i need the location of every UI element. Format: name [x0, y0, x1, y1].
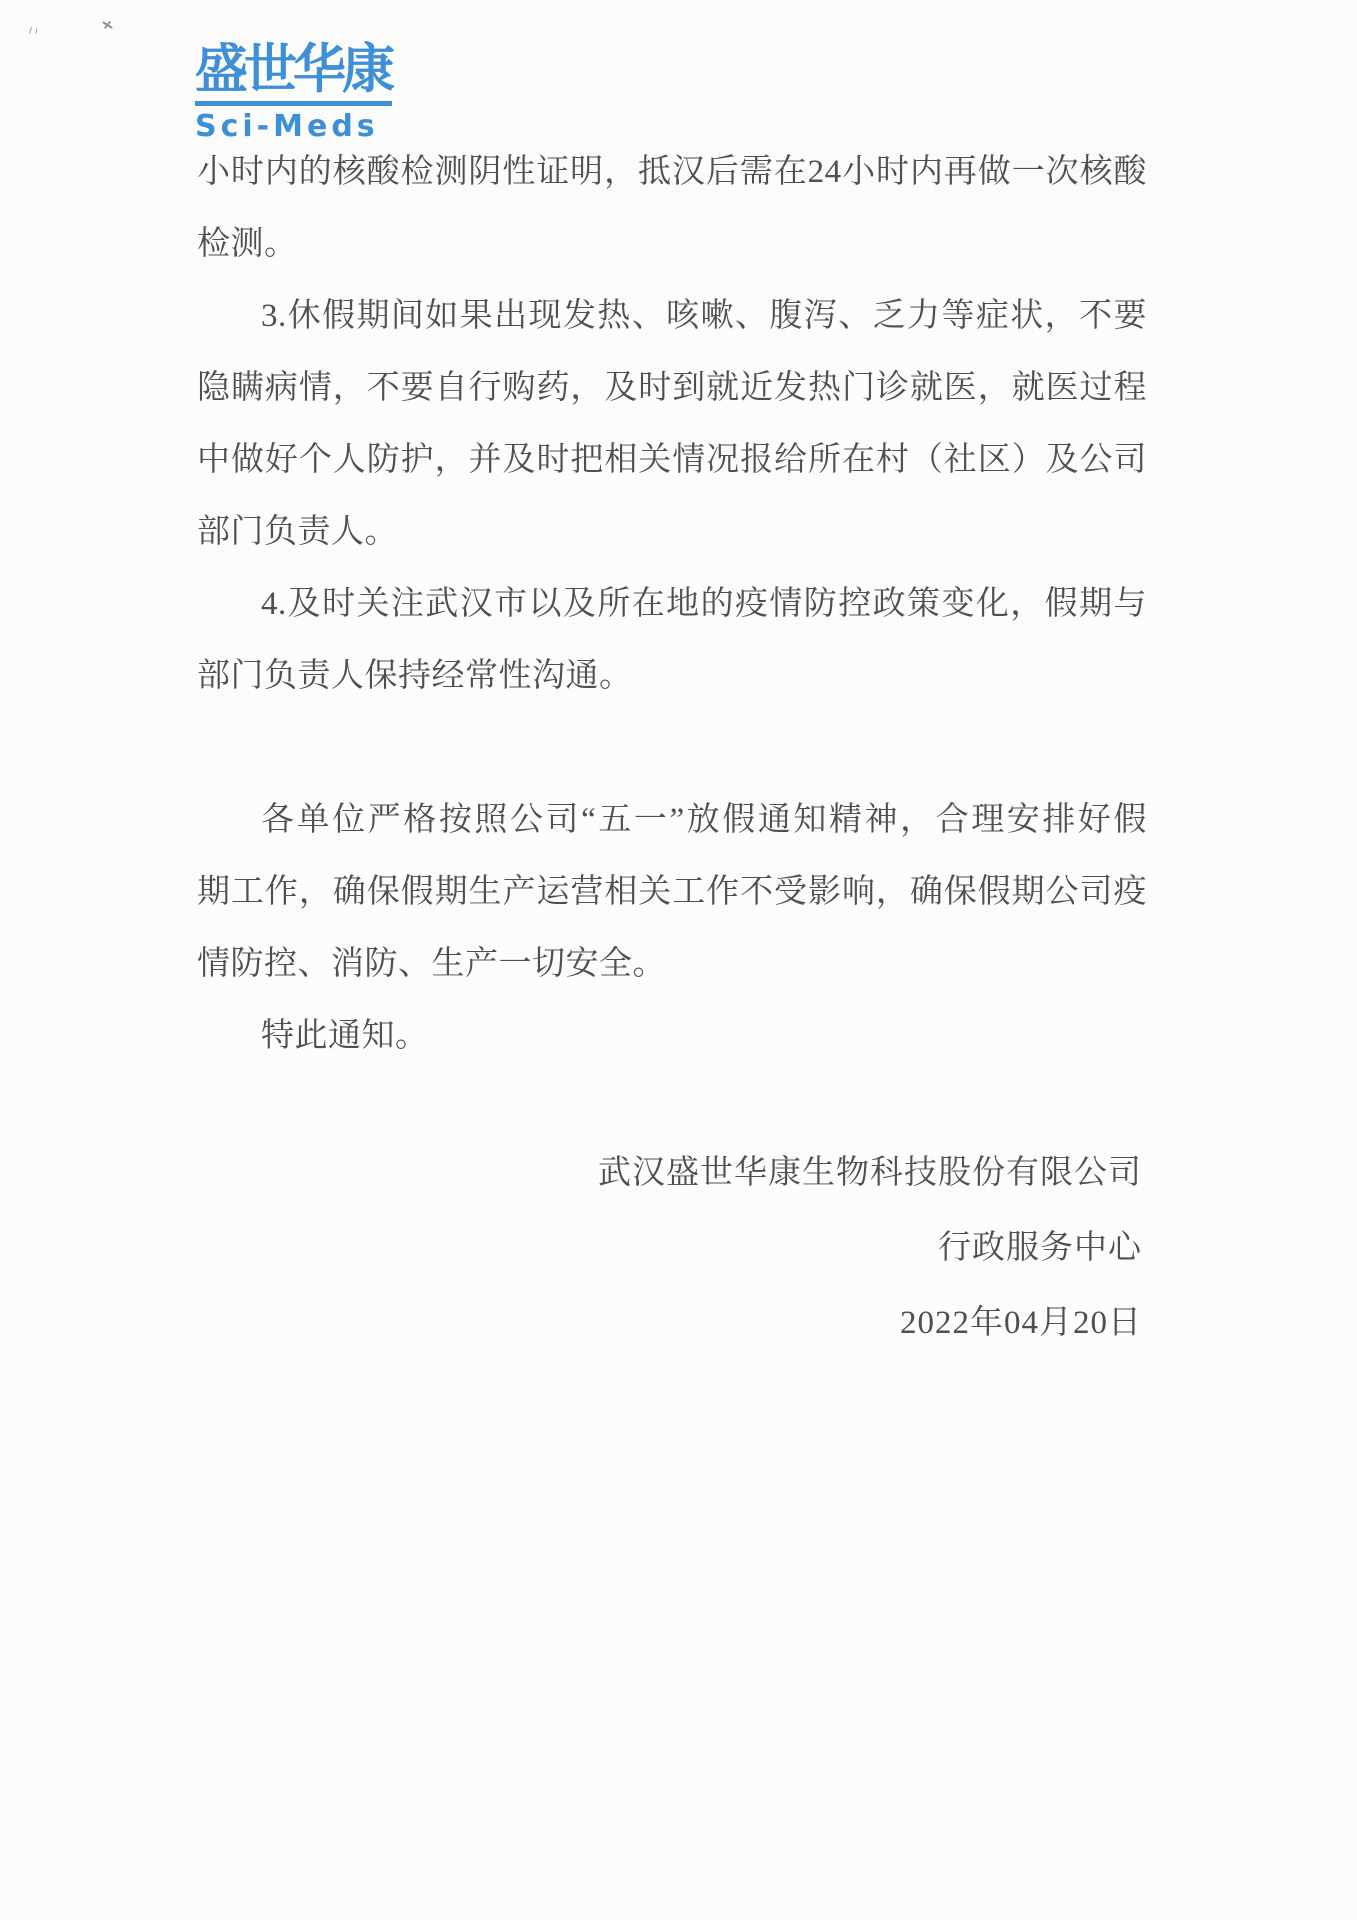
- notice-line-13: 特此通知。: [197, 1000, 1147, 1072]
- notice-line-2: 检测。: [197, 208, 1147, 280]
- notice-line-12: 情防控、消防、生产一切安全。: [197, 928, 1147, 1000]
- signature-block: 武汉盛世华康生物科技股份有限公司 行政服务中心 2022年04月20日: [197, 1136, 1147, 1361]
- signature-date: 2022年04月20日: [197, 1286, 1142, 1361]
- logo-underline: [195, 101, 392, 106]
- logo-chinese-text: 盛世华康: [195, 42, 405, 98]
- document-page: 盛世华康 Sci-Meds 小时内的核酸检测阴性证明，抵汉后需在24小时内再做一…: [0, 0, 1357, 1920]
- notice-line-11: 期工作，确保假期生产运营相关工作不受影响，确保假期公司疫: [197, 856, 1147, 928]
- company-logo: 盛世华康 Sci-Meds: [195, 42, 405, 144]
- notice-line-3: 3.休假期间如果出现发热、咳嗽、腹泻、乏力等症状，不要: [197, 280, 1147, 352]
- scan-speck: [28, 26, 40, 36]
- notice-line-9: [197, 712, 1147, 784]
- notice-body: 小时内的核酸检测阴性证明，抵汉后需在24小时内再做一次核酸检测。3.休假期间如果…: [197, 136, 1147, 1072]
- scan-speck: [102, 19, 113, 30]
- notice-line-5: 中做好个人防护，并及时把相关情况报给所在村（社区）及公司: [197, 424, 1147, 496]
- notice-line-8: 部门负责人保持经常性沟通。: [197, 640, 1147, 712]
- notice-line-7: 4.及时关注武汉市以及所在地的疫情防控政策变化，假期与: [197, 568, 1147, 640]
- signature-company: 武汉盛世华康生物科技股份有限公司: [197, 1136, 1142, 1211]
- notice-line-4: 隐瞒病情，不要自行购药，及时到就近发热门诊就医，就医过程: [197, 352, 1147, 424]
- signature-department: 行政服务中心: [197, 1211, 1142, 1286]
- notice-line-6: 部门负责人。: [197, 496, 1147, 568]
- notice-line-1: 小时内的核酸检测阴性证明，抵汉后需在24小时内再做一次核酸: [197, 136, 1147, 208]
- notice-line-10: 各单位严格按照公司“五一”放假通知精神，合理安排好假: [197, 784, 1147, 856]
